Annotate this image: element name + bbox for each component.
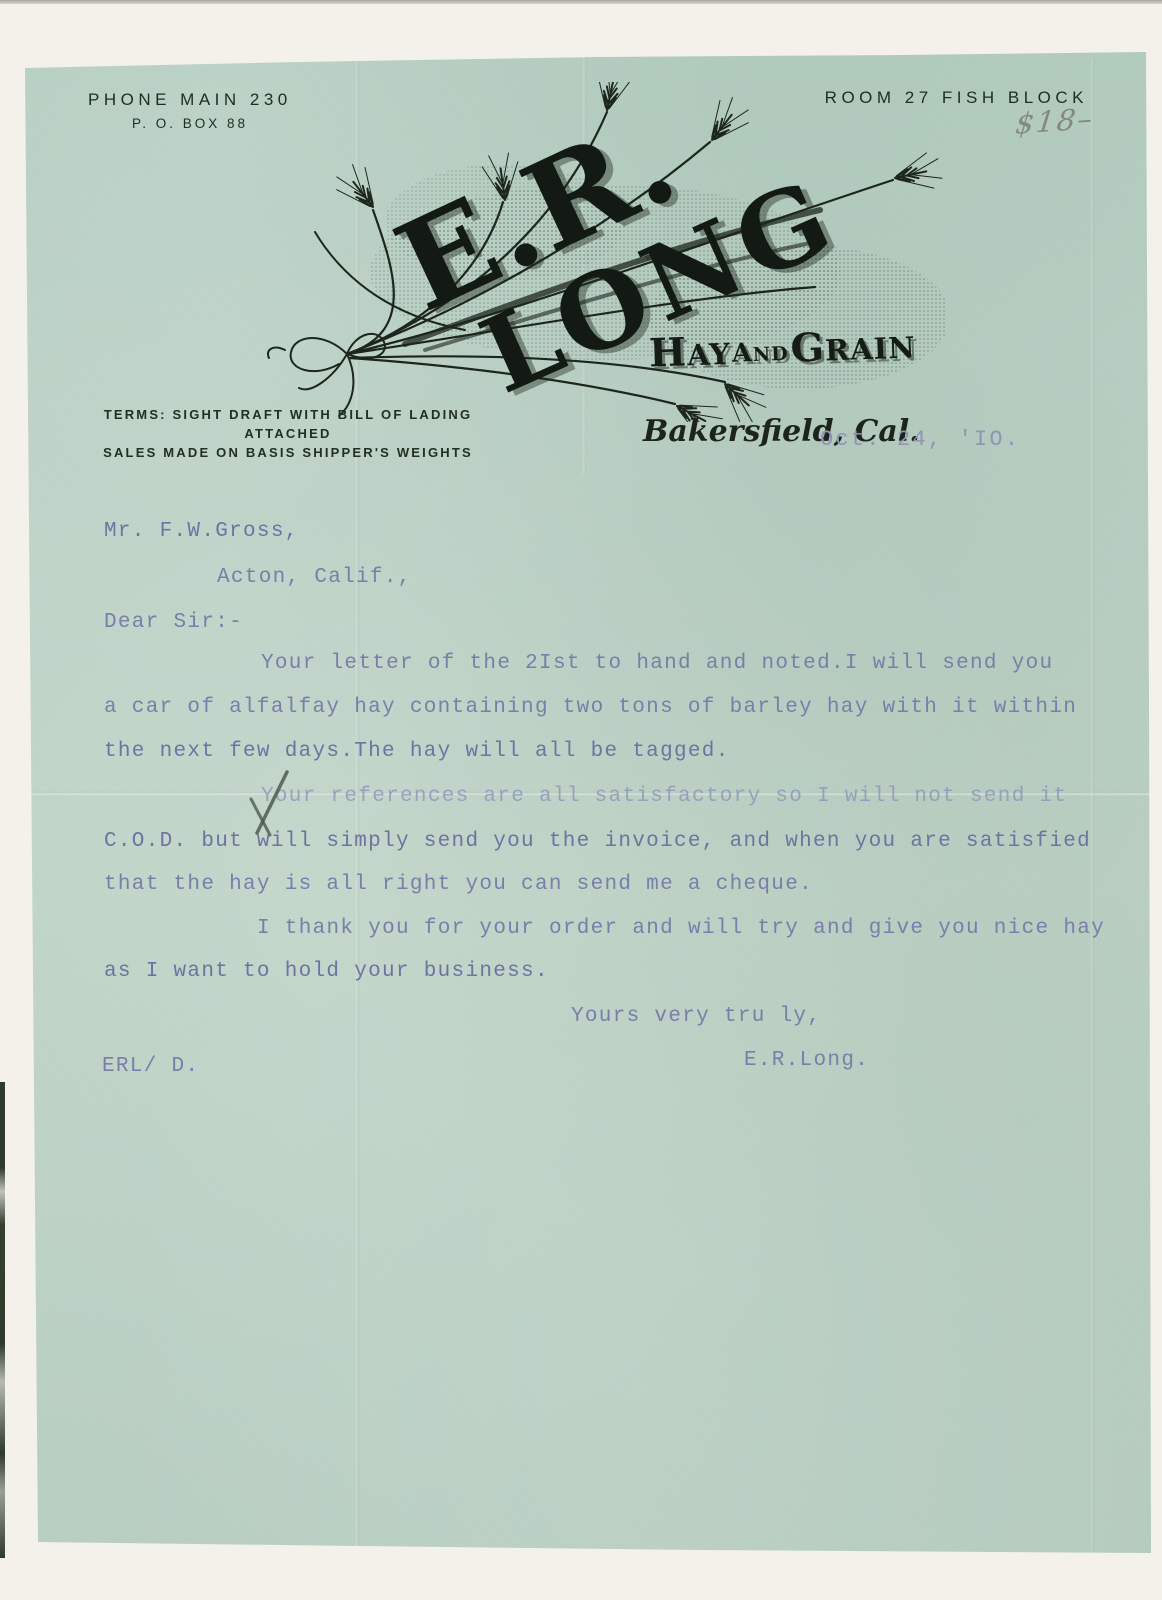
tagline-word-and: and — [731, 337, 789, 369]
body-line: I thank you for your order and will try … — [257, 918, 1105, 939]
tagline-word-grain: Grain — [790, 321, 917, 371]
letter-paper: PHONE MAIN 230 P. O. BOX 88 ROOM 27 FISH… — [0, 0, 1162, 1600]
body-line: a car of alfalfay hay containing two ton… — [104, 697, 1077, 718]
body-line: Your references are all satisfactory so … — [261, 786, 1067, 807]
typed-date: Oct. 24, 'IO. — [820, 429, 1020, 451]
po-box: P. O. BOX 88 — [132, 116, 248, 131]
tagline-word-hay: Hay — [648, 328, 731, 377]
pencil-checkmark — [247, 769, 295, 839]
typed-signature: E.R.Long. — [744, 1050, 869, 1071]
scanner-edge-line — [0, 0, 1162, 4]
terms-line-1: TERMS: SIGHT DRAFT WITH BILL OF LADING A… — [86, 406, 490, 444]
body-line: that the hay is all right you can send m… — [104, 874, 813, 895]
body-line: as I want to hold your business. — [104, 961, 549, 982]
terms-line-2: SALES MADE ON BASIS SHIPPER'S WEIGHTS — [86, 444, 490, 463]
fold-crease-vertical-right — [1091, 58, 1094, 1550]
body-line: the next few days.The hay will all be ta… — [104, 741, 730, 762]
handwritten-price-note: $18– — [1014, 101, 1096, 140]
scanner-edge-shadow — [0, 1082, 5, 1558]
letterhead-logo: E.R. LONG HayandGrain — [255, 82, 945, 422]
logo-tagline: HayandGrain — [648, 321, 916, 376]
terms-block: TERMS: SIGHT DRAFT WITH BILL OF LADING A… — [86, 406, 490, 463]
salutation: Dear Sir:- — [104, 612, 243, 633]
closing: Yours very tru ly, — [571, 1006, 821, 1027]
reference-initials: ERL/ D. — [102, 1056, 199, 1077]
recipient-city: Acton, Calif., — [217, 567, 412, 588]
recipient-name: Mr. F.W.Gross, — [104, 521, 299, 542]
body-line: Your letter of the 2Ist to hand and note… — [261, 653, 1053, 674]
